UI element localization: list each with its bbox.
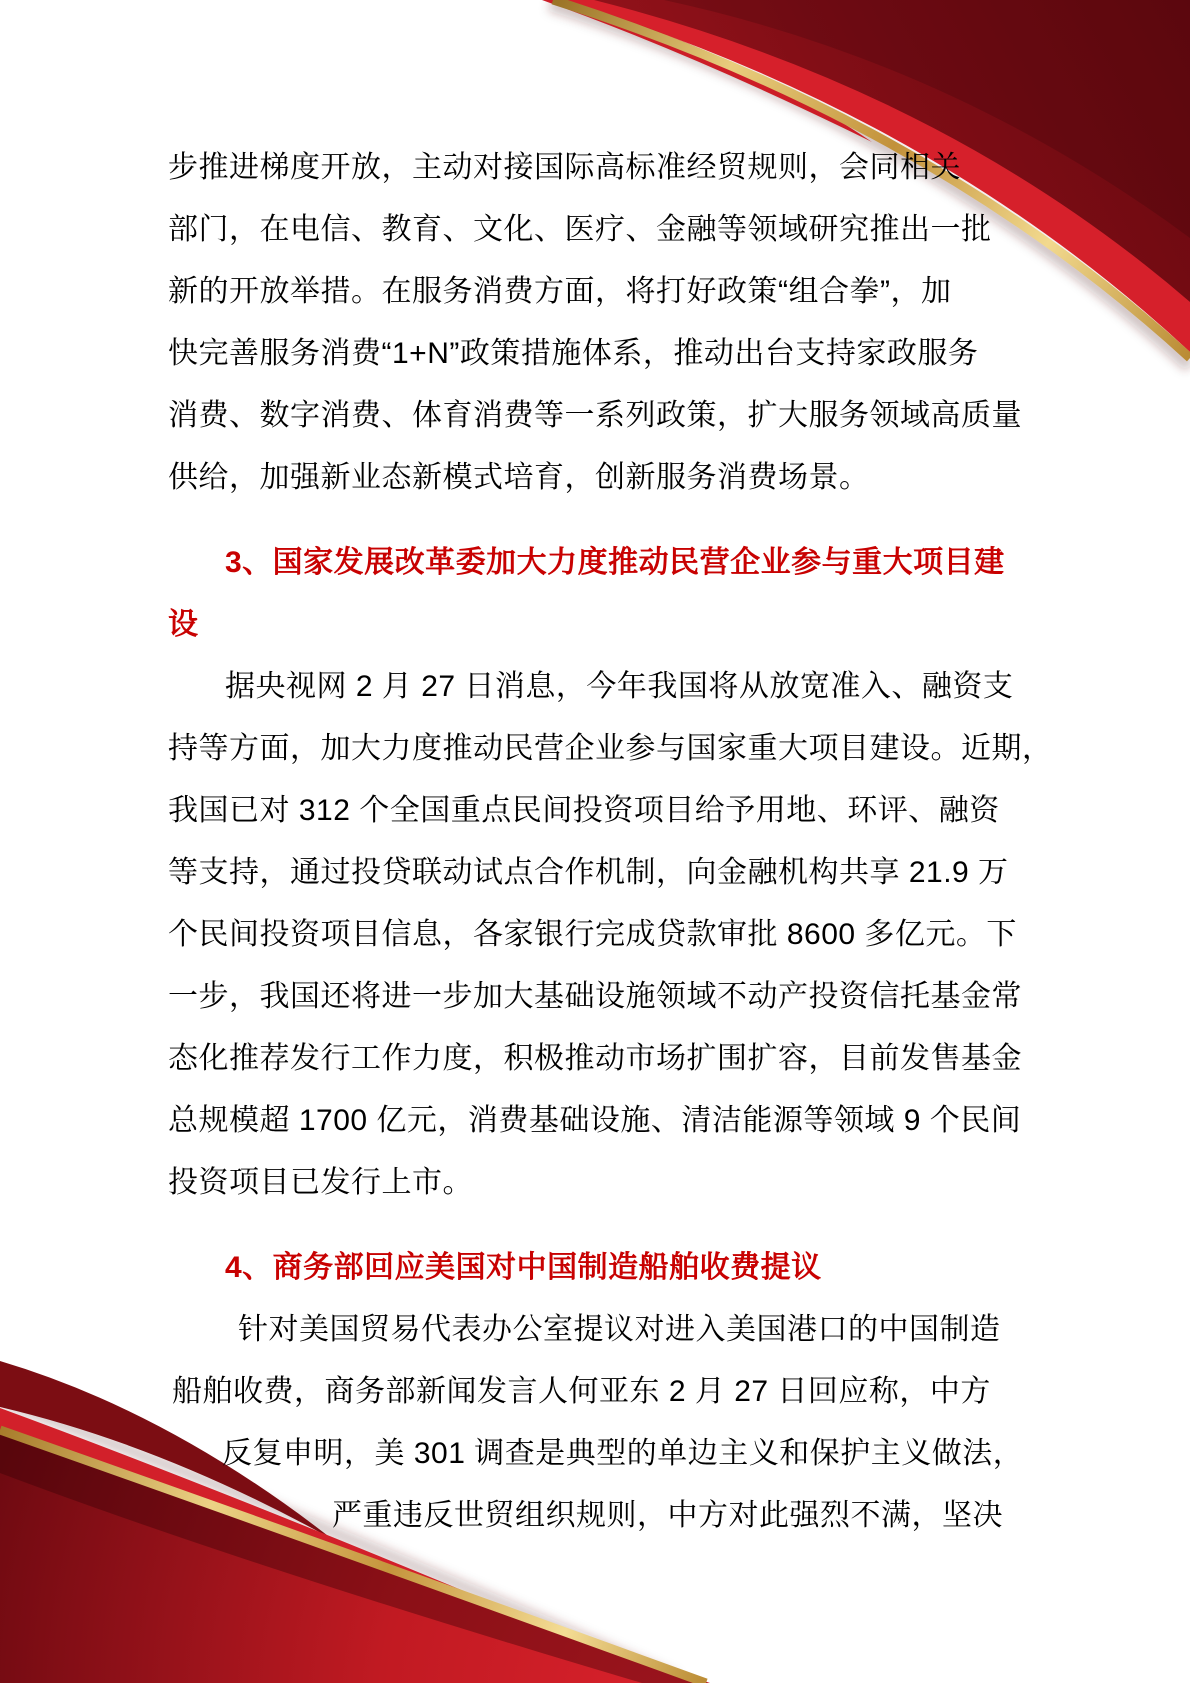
body-line: 快完善服务消费“1+N”政策措施体系，推动出台支持家政服务 (168, 323, 1068, 385)
body-line: 严重违反世贸组织规则，中方对此强烈不满，坚决 (168, 1485, 1068, 1547)
heading-line: 4、商务部回应美国对中国制造船舶收费提议 (168, 1237, 1068, 1299)
document-page: 步推进梯度开放，主动对接国际高标准经贸规则，会同相关 部门，在电信、教育、文化、… (0, 0, 1190, 1683)
paragraph-service-consumption: 步推进梯度开放，主动对接国际高标准经贸规则，会同相关 部门，在电信、教育、文化、… (168, 137, 1068, 509)
body-line: 部门，在电信、教育、文化、医疗、金融等领域研究推出一批 (168, 199, 1068, 261)
body-line: 船舶收费，商务部新闻发言人何亚东 2 月 27 日回应称，中方 (168, 1361, 1068, 1423)
body-line: 针对美国贸易代表办公室提议对进入美国港口的中国制造 (168, 1299, 1068, 1361)
paragraph-mofcom-ship-fees: 针对美国贸易代表办公室提议对进入美国港口的中国制造 船舶收费，商务部新闻发言人何… (168, 1299, 1068, 1547)
body-line: 消费、数字消费、体育消费等一系列政策，扩大服务领域高质量 (168, 385, 1068, 447)
heading-item-3: 3、国家发展改革委加大力度推动民营企业参与重大项目建 设 (168, 532, 1068, 656)
body-line: 新的开放举措。在服务消费方面，将打好政策“组合拳”，加 (168, 261, 1068, 323)
body-line: 投资项目已发行上市。 (168, 1152, 1068, 1214)
body-line: 反复申明，美 301 调查是典型的单边主义和保护主义做法， (168, 1423, 1068, 1485)
body-line: 供给，加强新业态新模式培育，创新服务消费场景。 (168, 447, 1068, 509)
body-line: 总规模超 1700 亿元，消费基础设施、清洁能源等领域 9 个民间 (168, 1090, 1068, 1152)
body-line: 等支持，通过投贷联动试点合作机制，向金融机构共享 21.9 万 (168, 842, 1068, 904)
heading-line: 设 (168, 594, 1068, 656)
body-line: 持等方面，加大力度推动民营企业参与国家重大项目建设。近期， (168, 718, 1068, 780)
body-line: 一步，我国还将进一步加大基础设施领域不动产投资信托基金常 (168, 966, 1068, 1028)
heading-line: 3、国家发展改革委加大力度推动民营企业参与重大项目建 (168, 532, 1068, 594)
body-line: 据央视网 2 月 27 日消息，今年我国将从放宽准入、融资支 (168, 656, 1068, 718)
body-line: 我国已对 312 个全国重点民间投资项目给予用地、环评、融资 (168, 780, 1068, 842)
body-line: 态化推荐发行工作力度，积极推动市场扩围扩容，目前发售基金 (168, 1028, 1068, 1090)
document-body: 步推进梯度开放，主动对接国际高标准经贸规则，会同相关 部门，在电信、教育、文化、… (168, 0, 1068, 1547)
body-line: 个民间投资项目信息，各家银行完成贷款审批 8600 多亿元。下 (168, 904, 1068, 966)
body-line: 步推进梯度开放，主动对接国际高标准经贸规则，会同相关 (168, 137, 1068, 199)
heading-item-4: 4、商务部回应美国对中国制造船舶收费提议 (168, 1237, 1068, 1299)
paragraph-ndrc-private-investment: 据央视网 2 月 27 日消息，今年我国将从放宽准入、融资支 持等方面，加大力度… (168, 656, 1068, 1214)
